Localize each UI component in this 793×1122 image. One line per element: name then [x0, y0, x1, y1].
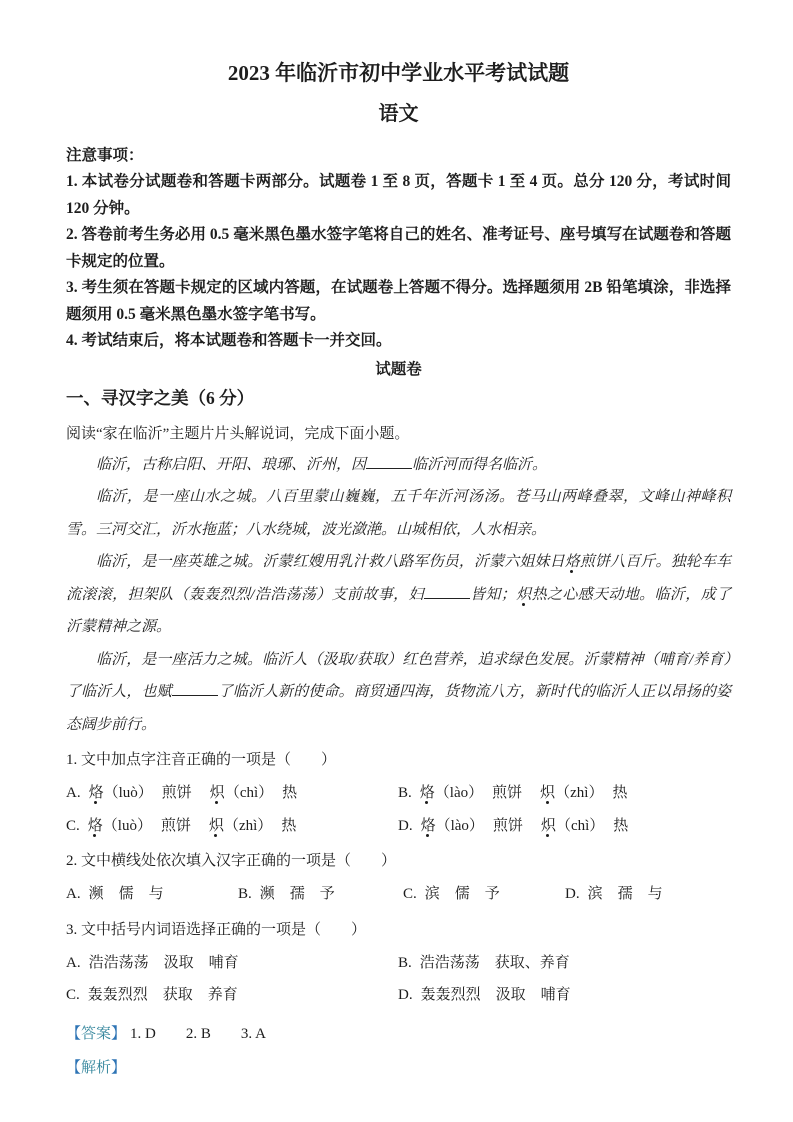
passage-text: 临沂，古称启阳、开阳、琅琊、沂州，因	[96, 457, 366, 473]
notice-item-4: 4. 考试结束后，将本试题卷和答题卡一并交回。	[66, 328, 731, 355]
passage-text: 皆知；	[470, 587, 516, 603]
option-text: 浩浩荡荡 汲取 哺育	[89, 955, 239, 971]
answer-item-3: 3. A	[241, 1026, 266, 1042]
option-1b: B.烙（lào）煎饼炽（zhì）热	[398, 777, 731, 810]
option-label: C.	[66, 818, 80, 834]
passage: 临沂，古称启阳、开阳、琅琊、沂州，因临沂河而得名临沂。 临沂，是一座山水之城。八…	[66, 449, 731, 742]
question-1: 1. 文中加点字注音正确的一项是（ ） A.烙（luò）煎饼炽（chì）热 B.…	[66, 745, 731, 842]
option-text: 滨 儒 予	[425, 886, 500, 902]
exam-document-page: 2023 年临沂市初中学业水平考试试题 语文 注意事项： 1. 本试卷分试题卷和…	[0, 0, 793, 1122]
pinyin: （chì）	[556, 818, 604, 834]
option-text: 濒 儒 与	[89, 886, 164, 902]
blank-line	[366, 453, 412, 469]
option-1c: C.烙（luò）煎饼炽（zhì）热	[66, 810, 398, 843]
emphasized-char: 炽	[541, 818, 556, 834]
emphasized-char: 烙	[89, 785, 104, 801]
option-label: D.	[398, 818, 413, 834]
question-1-stem: 1. 文中加点字注音正确的一项是（ ）	[66, 745, 731, 775]
option-label: D.	[565, 886, 580, 902]
question-3-options-row-2: C.轰轰烈烈 获取 养育 D.轰轰烈烈 汲取 哺育	[66, 979, 731, 1012]
option-1d: D.烙（lào）煎饼炽（chì）热	[398, 810, 731, 843]
option-2b: B.濒 孺 予	[238, 878, 403, 911]
section-title: 一、寻汉字之美（6 分）	[66, 385, 731, 411]
passage-text: 临沂河而得名临沂。	[412, 457, 547, 473]
option-text: 滨 孺 与	[588, 886, 663, 902]
pinyin: （luò）	[103, 818, 152, 834]
paper-heading: 试题卷	[66, 358, 731, 382]
option-3c: C.轰轰烈烈 获取 养育	[66, 979, 398, 1012]
answer-line: 【答案】1. D2. B3. A	[66, 1018, 731, 1050]
option-text: 轰轰烈烈 汲取 哺育	[421, 987, 571, 1003]
option-text: 濒 孺 予	[260, 886, 335, 902]
notice-item-1: 1. 本试卷分试题卷和答题卡两部分。试题卷 1 至 8 页，答题卡 1 至 4 …	[66, 169, 731, 222]
option-3b: B.浩浩荡荡 获取、养育	[398, 947, 731, 980]
passage-paragraph-1: 临沂，古称启阳、开阳、琅琊、沂州，因临沂河而得名临沂。	[66, 449, 731, 482]
blank-line	[172, 680, 218, 696]
option-label: A.	[66, 955, 81, 971]
question-2-options-row: A.濒 儒 与 B.濒 孺 予 C.滨 儒 予 D.滨 孺 与	[66, 878, 731, 911]
option-word: 煎饼	[161, 818, 191, 834]
pinyin: （chì）	[225, 785, 273, 801]
blank-line	[424, 583, 470, 599]
analysis-line: 【解析】	[66, 1052, 731, 1084]
answer-bracket-open: 【	[66, 1026, 81, 1042]
option-word: 热	[612, 785, 627, 801]
option-2a: A.濒 儒 与	[66, 878, 238, 911]
question-1-options-row-1: A.烙（luò）煎饼炽（chì）热 B.烙（lào）煎饼炽（zhì）热	[66, 777, 731, 810]
analysis-bracket-close: 】	[111, 1060, 126, 1076]
emphasized-char: 炽	[516, 587, 532, 603]
pinyin: （zhì）	[555, 785, 603, 801]
notice-item-2: 2. 答卷前考生务必用 0.5 毫米黑色墨水签字笔将自己的姓名、准考证号、座号填…	[66, 222, 731, 275]
answer-item-1: 1. D	[130, 1026, 156, 1042]
option-1a: A.烙（luò）煎饼炽（chì）热	[66, 777, 398, 810]
pinyin: （luò）	[104, 785, 153, 801]
question-3-stem: 3. 文中括号内词语选择正确的一项是（ ）	[66, 915, 731, 945]
option-2d: D.滨 孺 与	[565, 878, 731, 911]
option-label: D.	[398, 987, 413, 1003]
analysis-label: 解析	[81, 1060, 111, 1076]
option-label: C.	[66, 987, 80, 1003]
analysis-bracket-open: 【	[66, 1060, 81, 1076]
question-2-stem: 2. 文中横线处依次填入汉字正确的一项是（ ）	[66, 846, 731, 876]
emphasized-char: 烙	[421, 818, 436, 834]
answer-item-2: 2. B	[186, 1026, 211, 1042]
question-2: 2. 文中横线处依次填入汉字正确的一项是（ ） A.濒 儒 与 B.濒 孺 予 …	[66, 846, 731, 911]
subject-title: 语文	[66, 101, 731, 127]
emphasized-char: 炽	[210, 785, 225, 801]
option-label: C.	[403, 886, 417, 902]
passage-paragraph-2: 临沂，是一座山水之城。八百里蒙山巍巍，五千年沂河汤汤。苍马山两峰叠翠，文峰山神峰…	[66, 481, 731, 546]
passage-text: 临沂，是一座山水之城。八百里蒙山巍巍，五千年沂河汤汤。苍马山两峰叠翠，文峰山神峰…	[66, 489, 731, 538]
option-word: 煎饼	[492, 785, 522, 801]
emphasized-char: 烙	[565, 554, 580, 570]
answer-bracket-close: 】	[111, 1026, 126, 1042]
pinyin: （zhì）	[224, 818, 272, 834]
emphasized-char: 炽	[540, 785, 555, 801]
option-word: 煎饼	[493, 818, 523, 834]
notice-item-3: 3. 考生须在答题卡规定的区域内答题，在试题卷上答题不得分。选择题须用 2B 铅…	[66, 275, 731, 328]
option-label: A.	[66, 886, 81, 902]
notice-heading: 注意事项：	[66, 142, 731, 169]
question-3-options-row-1: A.浩浩荡荡 汲取 哺育 B.浩浩荡荡 获取、养育	[66, 947, 731, 980]
passage-intro: 阅读“家在临沂”主题片片头解说词，完成下面小题。	[66, 419, 731, 449]
page-title: 2023 年临沂市初中学业水平考试试题	[66, 60, 731, 86]
option-3d: D.轰轰烈烈 汲取 哺育	[398, 979, 731, 1012]
option-text: 浩浩荡荡 获取、养育	[420, 955, 570, 971]
option-word: 热	[613, 818, 628, 834]
emphasized-char: 烙	[88, 818, 103, 834]
question-1-options-row-2: C.烙（luò）煎饼炽（zhì）热 D.烙（lào）煎饼炽（chì）热	[66, 810, 731, 843]
passage-paragraph-4: 临沂，是一座活力之城。临沂人（汲取/获取）红色营养，追求绿色发展。沂蒙精神（哺育…	[66, 644, 731, 742]
option-text: 轰轰烈烈 获取 养育	[88, 987, 238, 1003]
option-label: B.	[398, 955, 412, 971]
pinyin: （lào）	[435, 785, 483, 801]
option-word: 热	[282, 785, 297, 801]
emphasized-char: 烙	[420, 785, 435, 801]
pinyin: （lào）	[436, 818, 484, 834]
emphasized-char: 炽	[209, 818, 224, 834]
passage-text: 临沂，是一座英雄之城。沂蒙红嫂用乳汁救八路军伤员，沂蒙六姐妹日	[96, 554, 565, 570]
option-3a: A.浩浩荡荡 汲取 哺育	[66, 947, 398, 980]
option-label: B.	[398, 785, 412, 801]
option-word: 煎饼	[162, 785, 192, 801]
option-word: 热	[281, 818, 296, 834]
option-label: A.	[66, 785, 81, 801]
question-3: 3. 文中括号内词语选择正确的一项是（ ） A.浩浩荡荡 汲取 哺育 B.浩浩荡…	[66, 915, 731, 1012]
option-label: B.	[238, 886, 252, 902]
notice-section: 注意事项： 1. 本试卷分试题卷和答题卡两部分。试题卷 1 至 8 页，答题卡 …	[66, 142, 731, 355]
answer-label: 答案	[81, 1026, 111, 1042]
option-2c: C.滨 儒 予	[403, 878, 565, 911]
passage-paragraph-3: 临沂，是一座英雄之城。沂蒙红嫂用乳汁救八路军伤员，沂蒙六姐妹日烙煎饼八百斤。独轮…	[66, 546, 731, 644]
